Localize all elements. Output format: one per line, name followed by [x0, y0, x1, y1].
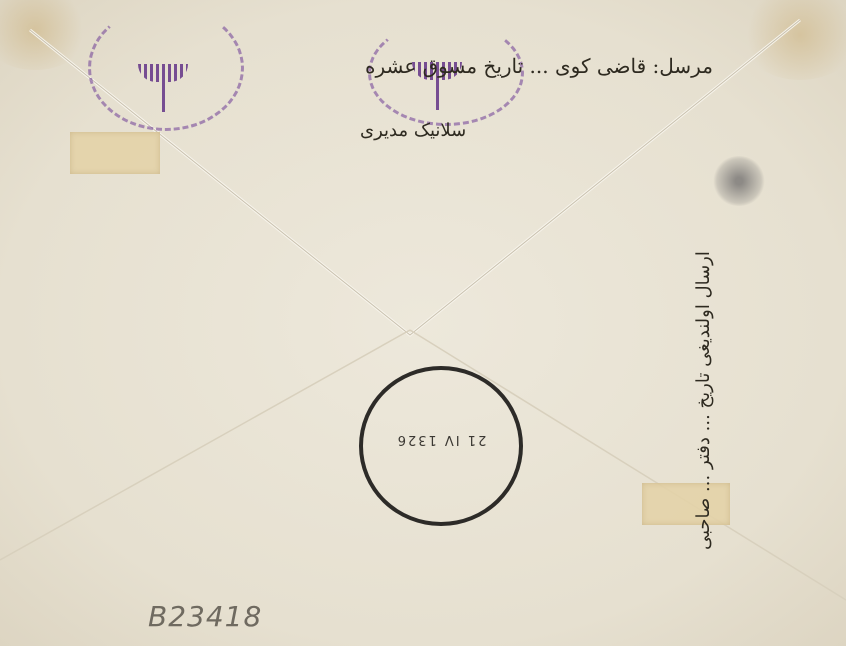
tape-strip	[70, 132, 160, 174]
catalog-number: B23418	[148, 600, 262, 633]
handwriting-top-2: سلانیک مدیری	[360, 120, 466, 141]
handwriting-right: ارسال اولندیغی تاریخ ... دفتر ... صاحبی	[690, 170, 718, 550]
ink-smudge	[712, 156, 766, 206]
seal-icon	[436, 80, 439, 110]
postmark: 21 IV 1326	[359, 366, 523, 526]
envelope-back: مرسل: قاضی کوی ... تاریخ مسوق عشره سلانی…	[0, 0, 846, 646]
postmark-date: 21 IV 1326	[363, 432, 519, 447]
seal-icon	[162, 82, 165, 112]
handwriting-top: مرسل: قاضی کوی ... تاریخ مسوق عشره	[365, 54, 713, 78]
